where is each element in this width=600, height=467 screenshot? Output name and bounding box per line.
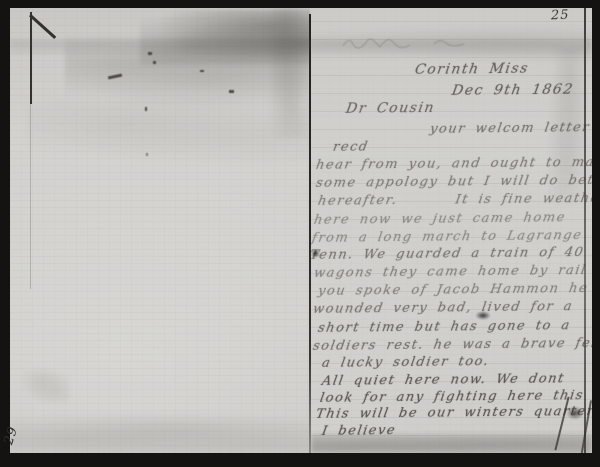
letter-line: some appology but I will do better — [315, 173, 592, 191]
letter-line: All quiet here now. We dont — [321, 371, 566, 389]
crease-line — [30, 12, 32, 104]
letter-place-line: Corinth Miss — [414, 61, 530, 78]
top-toner-smudge — [140, 10, 310, 65]
fold-margin-smudge — [264, 8, 310, 138]
letter-line: hear from you, and ought to make — [315, 155, 592, 173]
letter-line: a lucky soldier too. — [321, 354, 491, 371]
letter-line: look for any fighting here this wint — [319, 388, 592, 406]
letter-line: your welcom letter is — [429, 120, 592, 137]
ink-blot — [566, 406, 584, 420]
ink-speck — [145, 107, 147, 111]
letter-line: you spoke of Jacob Hammon he was — [317, 281, 592, 299]
crease-line-faint — [30, 104, 31, 289]
letter-line: short time but has gone to a — [317, 318, 572, 336]
ink-speck — [229, 90, 234, 93]
letter-line: This will be our winters quarters — [315, 404, 592, 422]
letter-page: 25 Corinth Miss Dec 9th 1862 Dr Cousin y… — [311, 8, 592, 453]
ink-blot — [311, 249, 320, 258]
page-edge-line — [584, 8, 586, 453]
faint-scribble — [22, 368, 70, 402]
diagonal-mark — [29, 14, 56, 39]
letter-line: wagons they came home by rail — [313, 263, 588, 281]
ink-speck — [148, 52, 152, 55]
letter-line: I believe — [321, 423, 397, 439]
letter-line: soldiers rest. he was a brave fellow — [312, 336, 592, 354]
letter-line: recd pleasure to — [332, 136, 592, 155]
ink-blot — [475, 311, 491, 320]
upper-mottle-band — [65, 36, 310, 106]
letter-line: from a long march to Lagrange — [311, 228, 584, 246]
letter-salutation: Dr Cousin — [345, 100, 437, 117]
letter-line: wounded very bad, lived for a — [312, 299, 575, 317]
illegible-scrawl — [339, 32, 489, 54]
ink-speck — [146, 153, 148, 156]
bottom-mottle-band — [10, 408, 310, 453]
arrow-shaped-mark — [108, 74, 122, 80]
ink-speck — [200, 70, 204, 72]
letter-date-line: Dec 9th 1862 — [451, 82, 575, 99]
mid-mottle-band — [25, 98, 310, 163]
letter-line: hereafter. It is fine weather — [317, 191, 592, 209]
page-number-top-right: 25 — [551, 8, 570, 23]
left-blank-page — [10, 8, 310, 453]
ink-speck — [153, 61, 156, 64]
photocopy-paper: 25 Corinth Miss Dec 9th 1862 Dr Cousin y… — [10, 8, 592, 453]
letter-line: here now we just came home — [313, 210, 567, 228]
letter-line: Tenn. We guarded a train of 40 — [311, 245, 585, 263]
scanned-letter-screenshot: { "page": { "corner_number_top_right": "… — [0, 0, 600, 467]
film-border-frame: 25 Corinth Miss Dec 9th 1862 Dr Cousin y… — [0, 0, 600, 467]
